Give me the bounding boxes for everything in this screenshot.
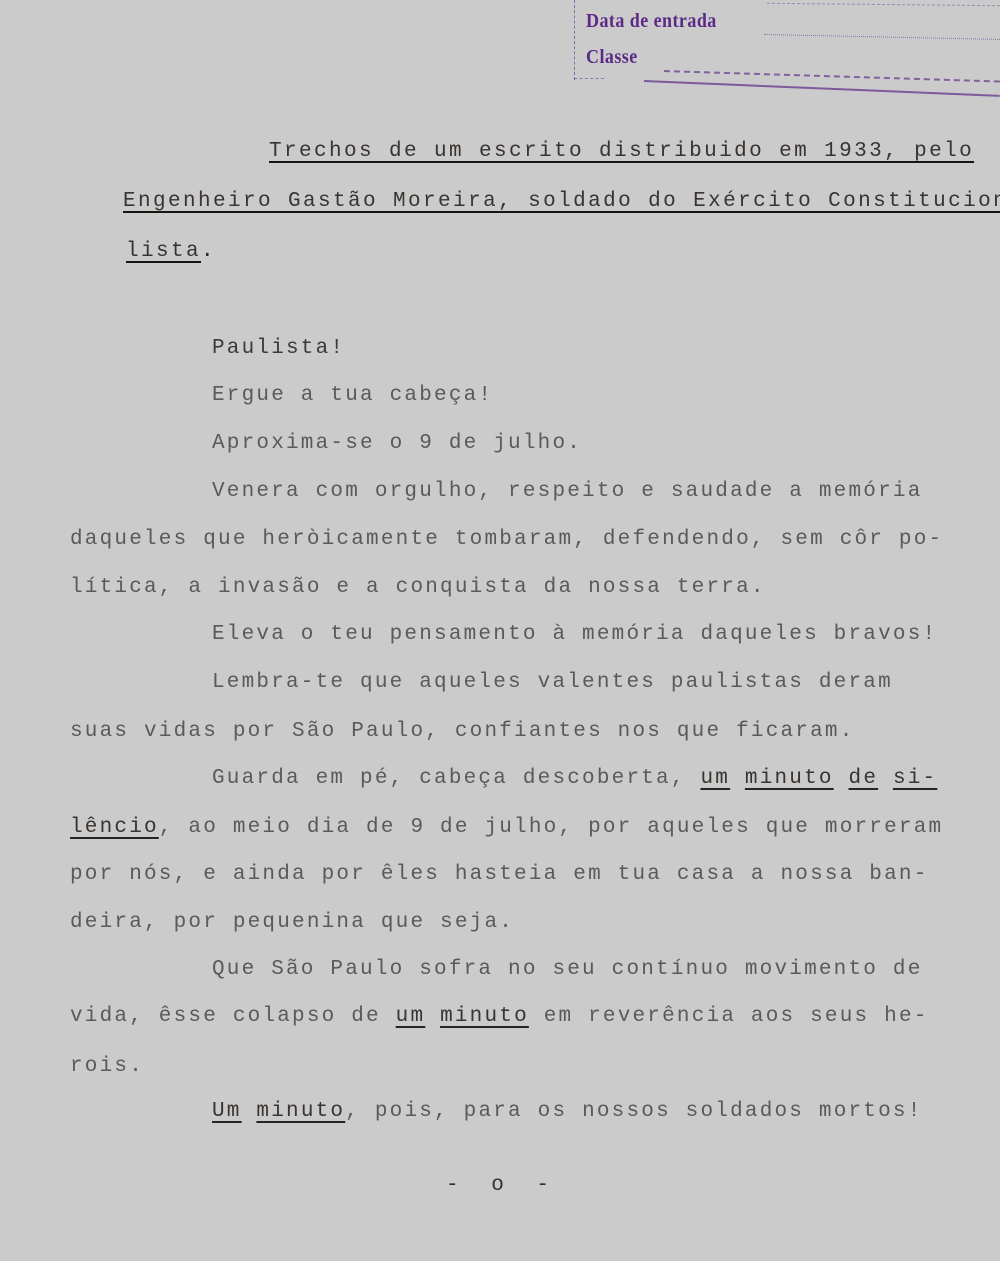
paragraph-closing: Um minuto, pois, para os nossos soldados…	[212, 1100, 923, 1124]
paragraph-salutation: Paulista!	[212, 337, 345, 361]
paragraph-eleva: Eleva o teu pensamento à memória daquele…	[212, 623, 937, 647]
paragraph-ergue: Ergue a tua cabeça!	[212, 384, 493, 408]
paragraph-guarda-line-1: Guarda em pé, cabeça descoberta, um minu…	[212, 767, 937, 791]
title-line-1-text: Trechos de um escrito distribuido em 193…	[269, 140, 974, 163]
title-line-3: lista.	[66, 216, 216, 288]
title-line-3-text: lista	[126, 240, 201, 263]
paragraph-venera-line-3: lítica, a invasão e a conquista da nossa…	[70, 576, 766, 600]
document-page: Data de entrada Classe Trechos de um esc…	[0, 0, 1000, 1261]
paragraph-venera-line-2: daqueles que heròicamente tombaram, defe…	[70, 528, 943, 552]
sofra-text: vida, êsse colapso de	[70, 1005, 396, 1028]
sofra-text-end: em reverência aos seus he-	[529, 1005, 929, 1028]
space	[730, 767, 745, 790]
closing-text: , pois, para os nossos soldados mortos!	[345, 1100, 922, 1123]
stamp-class-label: Classe	[586, 46, 638, 69]
paragraph-venera-line-1: Venera com orgulho, respeito e saudade a…	[212, 480, 923, 504]
title-line-2-text: Engenheiro Gastão Moreira, soldado do Ex…	[123, 190, 1000, 213]
space	[425, 1005, 440, 1028]
paragraph-guarda-line-2: lêncio, ao meio dia de 9 de julho, por a…	[70, 816, 943, 840]
underlined-si: si-	[893, 767, 937, 790]
entry-stamp: Data de entrada Classe	[572, 0, 1000, 100]
underlined-um: um	[700, 767, 730, 790]
guarda-text: Guarda em pé, cabeça descoberta,	[212, 767, 700, 790]
paragraph-aproxima: Aproxima-se o 9 de julho.	[212, 432, 582, 456]
underlined-um: um	[396, 1005, 426, 1028]
paragraph-guarda-line-4: deira, por pequenina que seja.	[70, 911, 514, 935]
paragraph-lembra-line-2: suas vidas por São Paulo, confiantes nos…	[70, 720, 855, 744]
end-mark: - o -	[446, 1174, 559, 1197]
underlined-um: Um	[212, 1100, 242, 1123]
stamp-date-field-line	[764, 34, 1000, 40]
underlined-minuto: minuto	[256, 1100, 345, 1123]
stamp-border-foot	[574, 78, 604, 79]
underlined-minuto: minuto	[440, 1005, 529, 1028]
stamp-class-field-line	[664, 70, 1000, 83]
paragraph-lembra-line-1: Lembra-te que aqueles valentes paulistas…	[212, 671, 893, 695]
stamp-top-rule	[767, 3, 1000, 6]
stamp-date-label: Data de entrada	[586, 10, 717, 33]
guarda-line-2-text: , ao meio dia de 9 de julho, por aqueles…	[159, 816, 944, 839]
stamp-border	[574, 0, 575, 80]
paragraph-sofra-line-3: rois.	[70, 1055, 144, 1079]
paragraph-sofra-line-2: vida, êsse colapso de um minuto em rever…	[70, 1005, 929, 1029]
title-line-3-punct: .	[201, 240, 216, 263]
underlined-de: de	[849, 767, 879, 790]
space	[242, 1100, 257, 1123]
underlined-minuto: minuto	[745, 767, 834, 790]
paragraph-guarda-line-3: por nós, e ainda por êles hasteia em tua…	[70, 863, 929, 887]
space	[834, 767, 849, 790]
space	[878, 767, 893, 790]
paragraph-sofra-line-1: Que São Paulo sofra no seu contínuo movi…	[212, 958, 923, 982]
stamp-bottom-rule	[644, 80, 1000, 97]
underlined-silencio: lêncio	[70, 816, 159, 839]
